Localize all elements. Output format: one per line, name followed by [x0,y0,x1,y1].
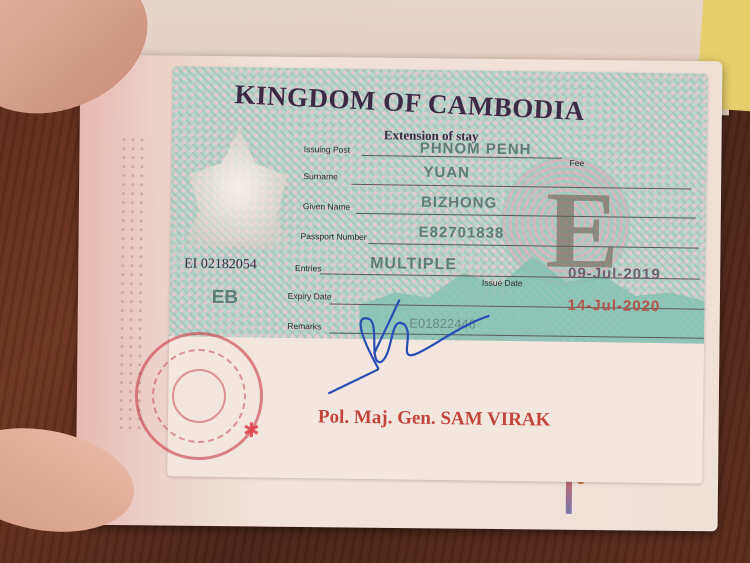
issuing-officer: Pol. Maj. Gen. SAM VIRAK [318,406,551,431]
given-name-label: Given Name [303,201,350,212]
passport-number-value: E82701838 [418,224,504,242]
surname-value: YUAN [423,164,470,182]
star-icon: ✱ [243,418,260,443]
issuing-post-label: Issuing Post [304,144,350,155]
remarks-label: Remarks [287,321,321,331]
given-name-value: BIZHONG [421,194,497,212]
entries-value: MULTIPLE [370,255,457,274]
issue-date-value: 09-Jul-2019 [568,265,661,283]
fee-label: Fee [570,158,585,168]
passport-number-label: Passport Number [300,231,366,242]
surname-label: Surname [303,171,338,181]
visa-type: EB [212,287,239,309]
issue-date-label: Issue Date [482,278,523,289]
issuing-post-value: PHNOM PENH [420,140,532,159]
entries-label: Entries [295,263,322,273]
signature [318,293,500,406]
expiry-date-value: 14-Jul-2020 [567,297,660,315]
visa-serial-number: EI 02182054 [184,256,257,273]
